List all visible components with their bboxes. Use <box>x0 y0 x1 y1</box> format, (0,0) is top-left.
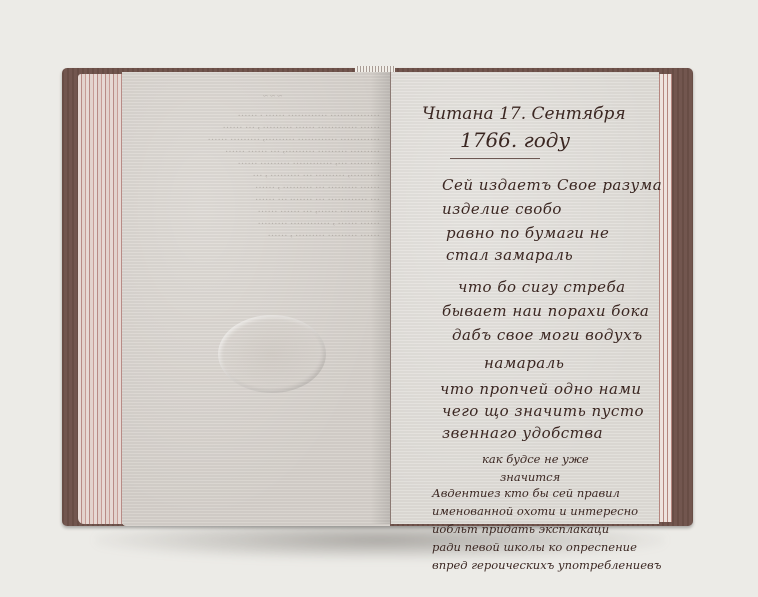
handwriting-line: чего що значить пусто <box>442 402 644 420</box>
showthrough-line: ………… ………… ………, ……… …… <box>165 132 380 144</box>
showthrough-header: ~ ~ ~ <box>165 90 380 102</box>
showthrough-text: ~ ~ ~ …………… ………… …… . …… …… ………… …… ……… … <box>165 90 380 260</box>
headband <box>355 66 395 72</box>
showthrough-line: …… ……… … ……… , …… <box>165 180 380 192</box>
showthrough-line: …… ……… ……… , …… <box>165 228 380 240</box>
handwriting-line: дабъ свое моги водухъ <box>452 326 643 344</box>
showthrough-line: …… …… , ………… ……… <box>165 216 380 228</box>
handwriting-line: впред героическихъ употреблениевъ <box>432 558 661 572</box>
handwriting-line: Сей издаетъ Свое разума <box>442 176 662 194</box>
showthrough-line: …………… ………… …… . …… <box>165 108 380 120</box>
underline <box>450 158 540 159</box>
showthrough-line: … ………… … ……. … …… <box>165 192 380 204</box>
year-line: 1766. году <box>460 128 570 152</box>
handwriting-line: бывает наи порахи бока <box>442 302 649 320</box>
handwriting-line: иобльт придать эксплакаци <box>432 522 609 536</box>
embossed-seal <box>218 315 326 393</box>
handwriting-line: намараль <box>484 354 564 372</box>
photo-scene: ~ ~ ~ …………… ………… …… . …… …… ………… …… ……… … <box>0 0 758 597</box>
showthrough-line: ……… …, ………… ……… …… <box>165 156 380 168</box>
handwriting-line: стал замараль <box>446 246 573 264</box>
date-line: Читана 17. Сентября <box>422 104 626 124</box>
handwriting-line: Авдентиез кто бы сей правил <box>432 486 620 500</box>
handwriting-line: как будсе не уже <box>482 452 589 466</box>
handwriting-line: изделие свобо <box>442 200 562 218</box>
handwriting-line: что пропчей одно нами <box>440 380 642 398</box>
handwriting-line: что бо сигу стреба <box>458 278 626 296</box>
handwriting-line: именованной охоти и интересно <box>432 504 638 518</box>
handwriting-line: значится <box>500 470 560 484</box>
handwriting-line: звеннаго удобства <box>442 424 603 442</box>
showthrough-line: ………… ……, … …… …… <box>165 204 380 216</box>
showthrough-line: ………, ……… … ……… , … <box>165 168 380 180</box>
handwriting-line: ради певой школы ко опреспение <box>432 540 637 554</box>
page-edges-left <box>78 74 124 524</box>
showthrough-line: ……… ……… ………, … …… …… <box>165 144 380 156</box>
handwriting-line: равно по бумаги не <box>446 224 609 242</box>
showthrough-line: …… ………… …… ……… , … …… <box>165 120 380 132</box>
